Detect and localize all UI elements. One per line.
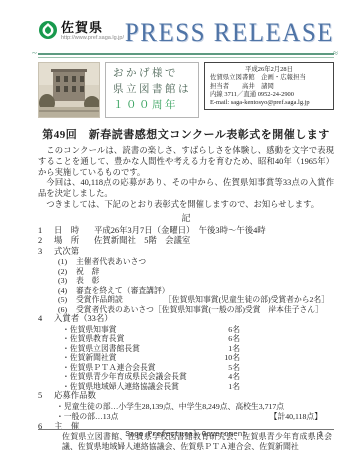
item-number: 2 <box>38 236 54 247</box>
document-title: 第49回 新春読書感想文コンクール表彰式を開催します <box>38 126 334 142</box>
agenda-number: (3) <box>58 276 76 286</box>
award-name: ・佐賀県地域婦人連絡協議会長賞 <box>62 382 214 392</box>
agenda-text: 表 彰 <box>76 276 99 286</box>
agenda-number: (6) <box>58 305 76 315</box>
item-label: 場 所 <box>54 236 94 247</box>
agenda-row: (3) 表 彰 <box>38 276 334 286</box>
page-number: - 1 - <box>309 430 332 441</box>
applications-text: ・児童生徒の部…小学生28,139点、中学生8,249点、高校生3,717点 <box>56 402 284 412</box>
agenda-row: (5) 受賞作品朗読 ［佐賀県知事賞(児童生徒の部)受賞者から2名］ <box>38 295 334 305</box>
press-release-page: 佐賀県 http://www.pref.saga.lg.jp/ PRESS RE… <box>0 0 360 466</box>
agenda-text: 受賞者代表のあいさつ <box>76 305 154 315</box>
winners-heading-row: 4 入賞者（33名） <box>38 314 334 325</box>
agenda-number: (4) <box>58 286 76 296</box>
agenda-number: (2) <box>58 267 76 277</box>
winner-row: ・佐賀県ＰＴＡ連合会長賞 5名 <box>38 363 334 373</box>
award-count: 1名 <box>214 344 240 354</box>
award-name: ・佐賀県青少年育成県民会議会長賞 <box>62 372 214 382</box>
applications-row: ・一般の部…13点 【計40,118点】 <box>38 412 334 422</box>
award-name: ・佐賀県知事賞 <box>62 325 214 335</box>
ki-marker: 記 <box>38 213 334 224</box>
award-name: ・佐賀新聞社賞 <box>62 353 214 363</box>
anniversary-box: おかげ様で 県立図書館は １００周年 <box>105 62 199 118</box>
item-label: 日 時 <box>54 226 94 237</box>
award-count: 4名 <box>214 372 240 382</box>
meeting-datetime-row: 1 日 時 平成26年3月7日（金曜日） 午後3時～午後4時 <box>38 226 334 237</box>
award-name: ・佐賀県教育長賞 <box>62 334 214 344</box>
divider-flourish-right-icon: ≈ <box>333 49 338 58</box>
body-paragraphs: このコンクールは、読書の楽しさ、すばらしさを体験し、感動を文字で表現することを通… <box>38 146 334 211</box>
winners-heading: 入賞者（33名） <box>54 314 113 325</box>
contact-phone: 内線 3711／直通 0952-24-2900 <box>210 91 328 99</box>
anniversary-line1: おかげ様で <box>113 66 191 82</box>
agenda-row: (6) 受賞者代表のあいさつ ［佐賀県知事賞(一般の部)受賞 岸本佳子さん］ <box>38 305 334 315</box>
divider-flourish-left-icon: ~ <box>32 49 37 58</box>
item-number: 4 <box>38 314 54 325</box>
meeting-program-row: 3 式次第 <box>38 247 334 258</box>
award-count: 5名 <box>214 363 240 373</box>
award-count: 1名 <box>214 382 240 392</box>
award-count: 10名 <box>214 353 240 363</box>
org-name: 佐賀県 <box>61 20 124 35</box>
winner-row: ・佐賀県立図書館長賞 1名 <box>38 344 334 354</box>
agenda-number: (5) <box>58 295 76 305</box>
item-number: 1 <box>38 226 54 237</box>
applications-heading-row: 5 応募作品数 <box>38 391 334 402</box>
saga-logo: 佐賀県 http://www.pref.saga.lg.jp/ <box>38 20 124 45</box>
press-release-banner: PRESS RELEASE <box>125 20 334 47</box>
agenda-row: (1) 主催者代表あいさつ <box>38 257 334 267</box>
logo-text: 佐賀県 http://www.pref.saga.lg.jp/ <box>61 20 124 41</box>
award-name: ・佐賀県立図書館長賞 <box>62 344 214 354</box>
footer-government-label: Saga Prefectural Government <box>125 431 247 439</box>
org-url: http://www.pref.saga.lg.jp/ <box>61 35 124 41</box>
award-name: ・佐賀県ＰＴＡ連合会長賞 <box>62 363 214 373</box>
page-content: 佐賀県 http://www.pref.saga.lg.jp/ PRESS RE… <box>38 20 334 452</box>
library-building-photo <box>38 62 100 118</box>
header-divider: ~ ≈ <box>38 53 334 58</box>
agenda-text: 審査を終えて（審査講評） <box>76 286 170 296</box>
winner-row: ・佐賀新聞社賞 10名 <box>38 353 334 363</box>
footer: Saga Prefectural Government - 1 - <box>38 429 334 441</box>
agenda-row: (2) 祝 辞 <box>38 267 334 277</box>
item-number: 3 <box>38 247 54 258</box>
agenda-number: (1) <box>58 257 76 267</box>
agenda-row: (4) 審査を終えて（審査講評） <box>38 286 334 296</box>
contact-email: E-mail: saga-kentosyo@pref.saga.lg.jp <box>210 99 328 107</box>
anniversary-line2: 県立図書館は <box>113 82 191 98</box>
applications-heading: 応募作品数 <box>54 391 96 402</box>
winner-row: ・佐賀県教育長賞 6名 <box>38 334 334 344</box>
applications-text: ・一般の部…13点 <box>56 412 118 422</box>
agenda-note: ［佐賀県知事賞(児童生徒の部)受賞者から2名］ <box>164 295 329 305</box>
anniversary-line3: １００周年 <box>113 98 191 114</box>
contact-box: 平成26年2月28日 佐賀県立図書館 企画・広報担当 担当者 高井 諸岡 内線 … <box>204 62 334 110</box>
agenda-note: ［佐賀県知事賞(一般の部)受賞 岸本佳子さん］ <box>154 305 323 315</box>
award-count: 6名 <box>214 325 240 335</box>
paragraph-1: このコンクールは、読書の楽しさ、すばらしさを体験し、感動を文字で表現することを通… <box>38 146 334 178</box>
agenda-text: 受賞作品朗読 <box>76 295 164 305</box>
agenda-text: 祝 辞 <box>76 267 99 277</box>
winner-row: ・佐賀県知事賞 6名 <box>38 325 334 335</box>
winner-row: ・佐賀県青少年育成県民会議会長賞 4名 <box>38 372 334 382</box>
meeting-place-row: 2 場 所 佐賀新聞社 5階 会議室 <box>38 236 334 247</box>
winner-row: ・佐賀県地域婦人連絡協議会長賞 1名 <box>38 382 334 392</box>
item-value: 平成26年3月7日（金曜日） 午後3時～午後4時 <box>94 226 266 237</box>
item-number: 5 <box>38 391 54 402</box>
award-count: 6名 <box>214 334 240 344</box>
item-value: 佐賀新聞社 5階 会議室 <box>94 236 190 247</box>
agenda-text: 主催者代表あいさつ <box>76 257 146 267</box>
paragraph-2: 今回は、40,118点の応募があり、その中から、佐賀県知事賞等33点の入賞作品を… <box>38 178 334 200</box>
banner-row: おかげ様で 県立図書館は １００周年 平成26年2月28日 佐賀県立図書館 企画… <box>38 62 334 120</box>
item-label: 式次第 <box>54 247 94 258</box>
footer-row: Saga Prefectural Government - 1 - <box>38 430 334 441</box>
saga-prefecture-logo-icon <box>38 20 58 45</box>
applications-total: 【計40,118点】 <box>270 412 322 422</box>
header: 佐賀県 http://www.pref.saga.lg.jp/ PRESS RE… <box>38 20 334 50</box>
contact-person: 担当者 高井 諸岡 <box>210 83 328 91</box>
paragraph-3: つきましては、下記のとおり表彰式を開催しますので、お知らせします。 <box>38 200 334 211</box>
contact-department: 佐賀県立図書館 企画・広報担当 <box>210 74 328 82</box>
applications-row: ・児童生徒の部…小学生28,139点、中学生8,249点、高校生3,717点 <box>38 402 334 412</box>
